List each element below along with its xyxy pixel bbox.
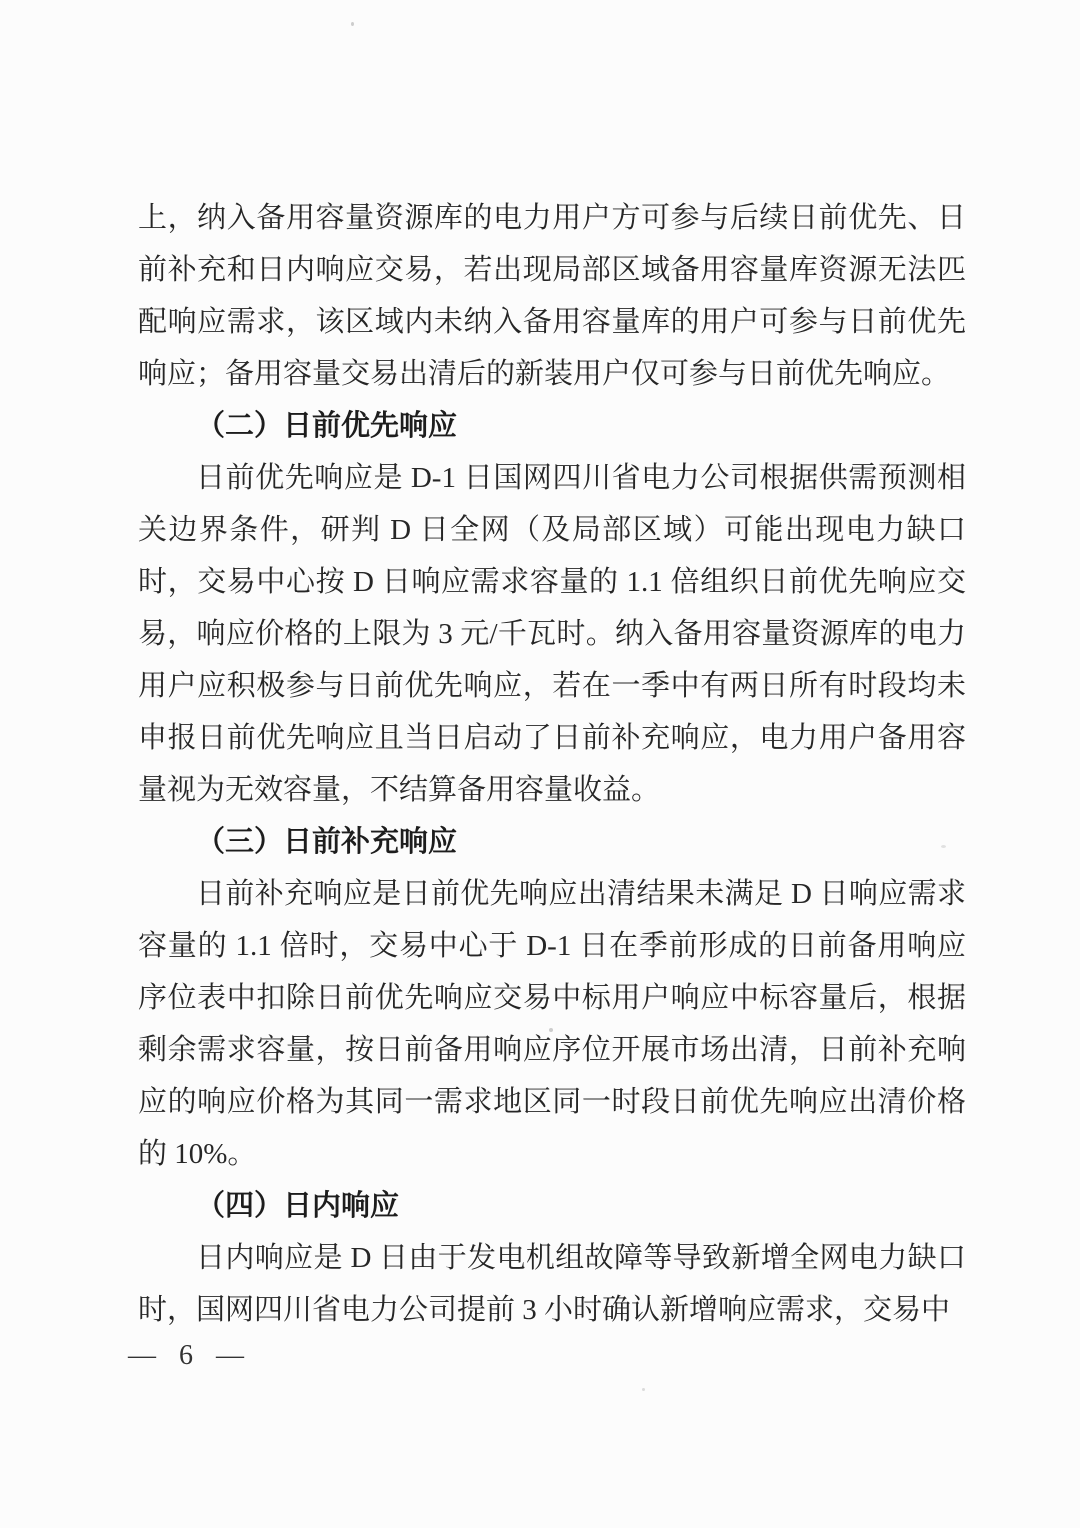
section-heading-2: （二）日前优先响应 <box>138 400 966 452</box>
scan-speck <box>351 22 354 26</box>
paragraph: 日前优先响应是 D-1 日国网四川省电力公司根据供需预测相关边界条件，研判 D … <box>138 452 966 816</box>
paragraph-continuation: 上，纳入备用容量资源库的电力用户方可参与后续日前优先、日前补充和日内响应交易，若… <box>138 192 966 400</box>
scan-speck <box>549 1028 553 1032</box>
page-body-text: 上，纳入备用容量资源库的电力用户方可参与后续日前优先、日前补充和日内响应交易，若… <box>138 192 966 1336</box>
paragraph: 日内响应是 D 日由于发电机组故障等导致新增全网电力缺口时，国网四川省电力公司提… <box>138 1232 966 1336</box>
document-page: 上，纳入备用容量资源库的电力用户方可参与后续日前优先、日前补充和日内响应交易，若… <box>0 0 1080 1528</box>
page-number: — 6 — <box>128 1340 252 1372</box>
paragraph: 日前补充响应是日前优先响应出清结果未满足 D 日响应需求容量的 1.1 倍时，交… <box>138 868 966 1180</box>
section-heading-3: （三）日前补充响应 <box>138 816 966 868</box>
scan-speck <box>642 1388 645 1391</box>
scan-speck <box>941 845 946 848</box>
section-heading-4: （四）日内响应 <box>138 1180 966 1232</box>
